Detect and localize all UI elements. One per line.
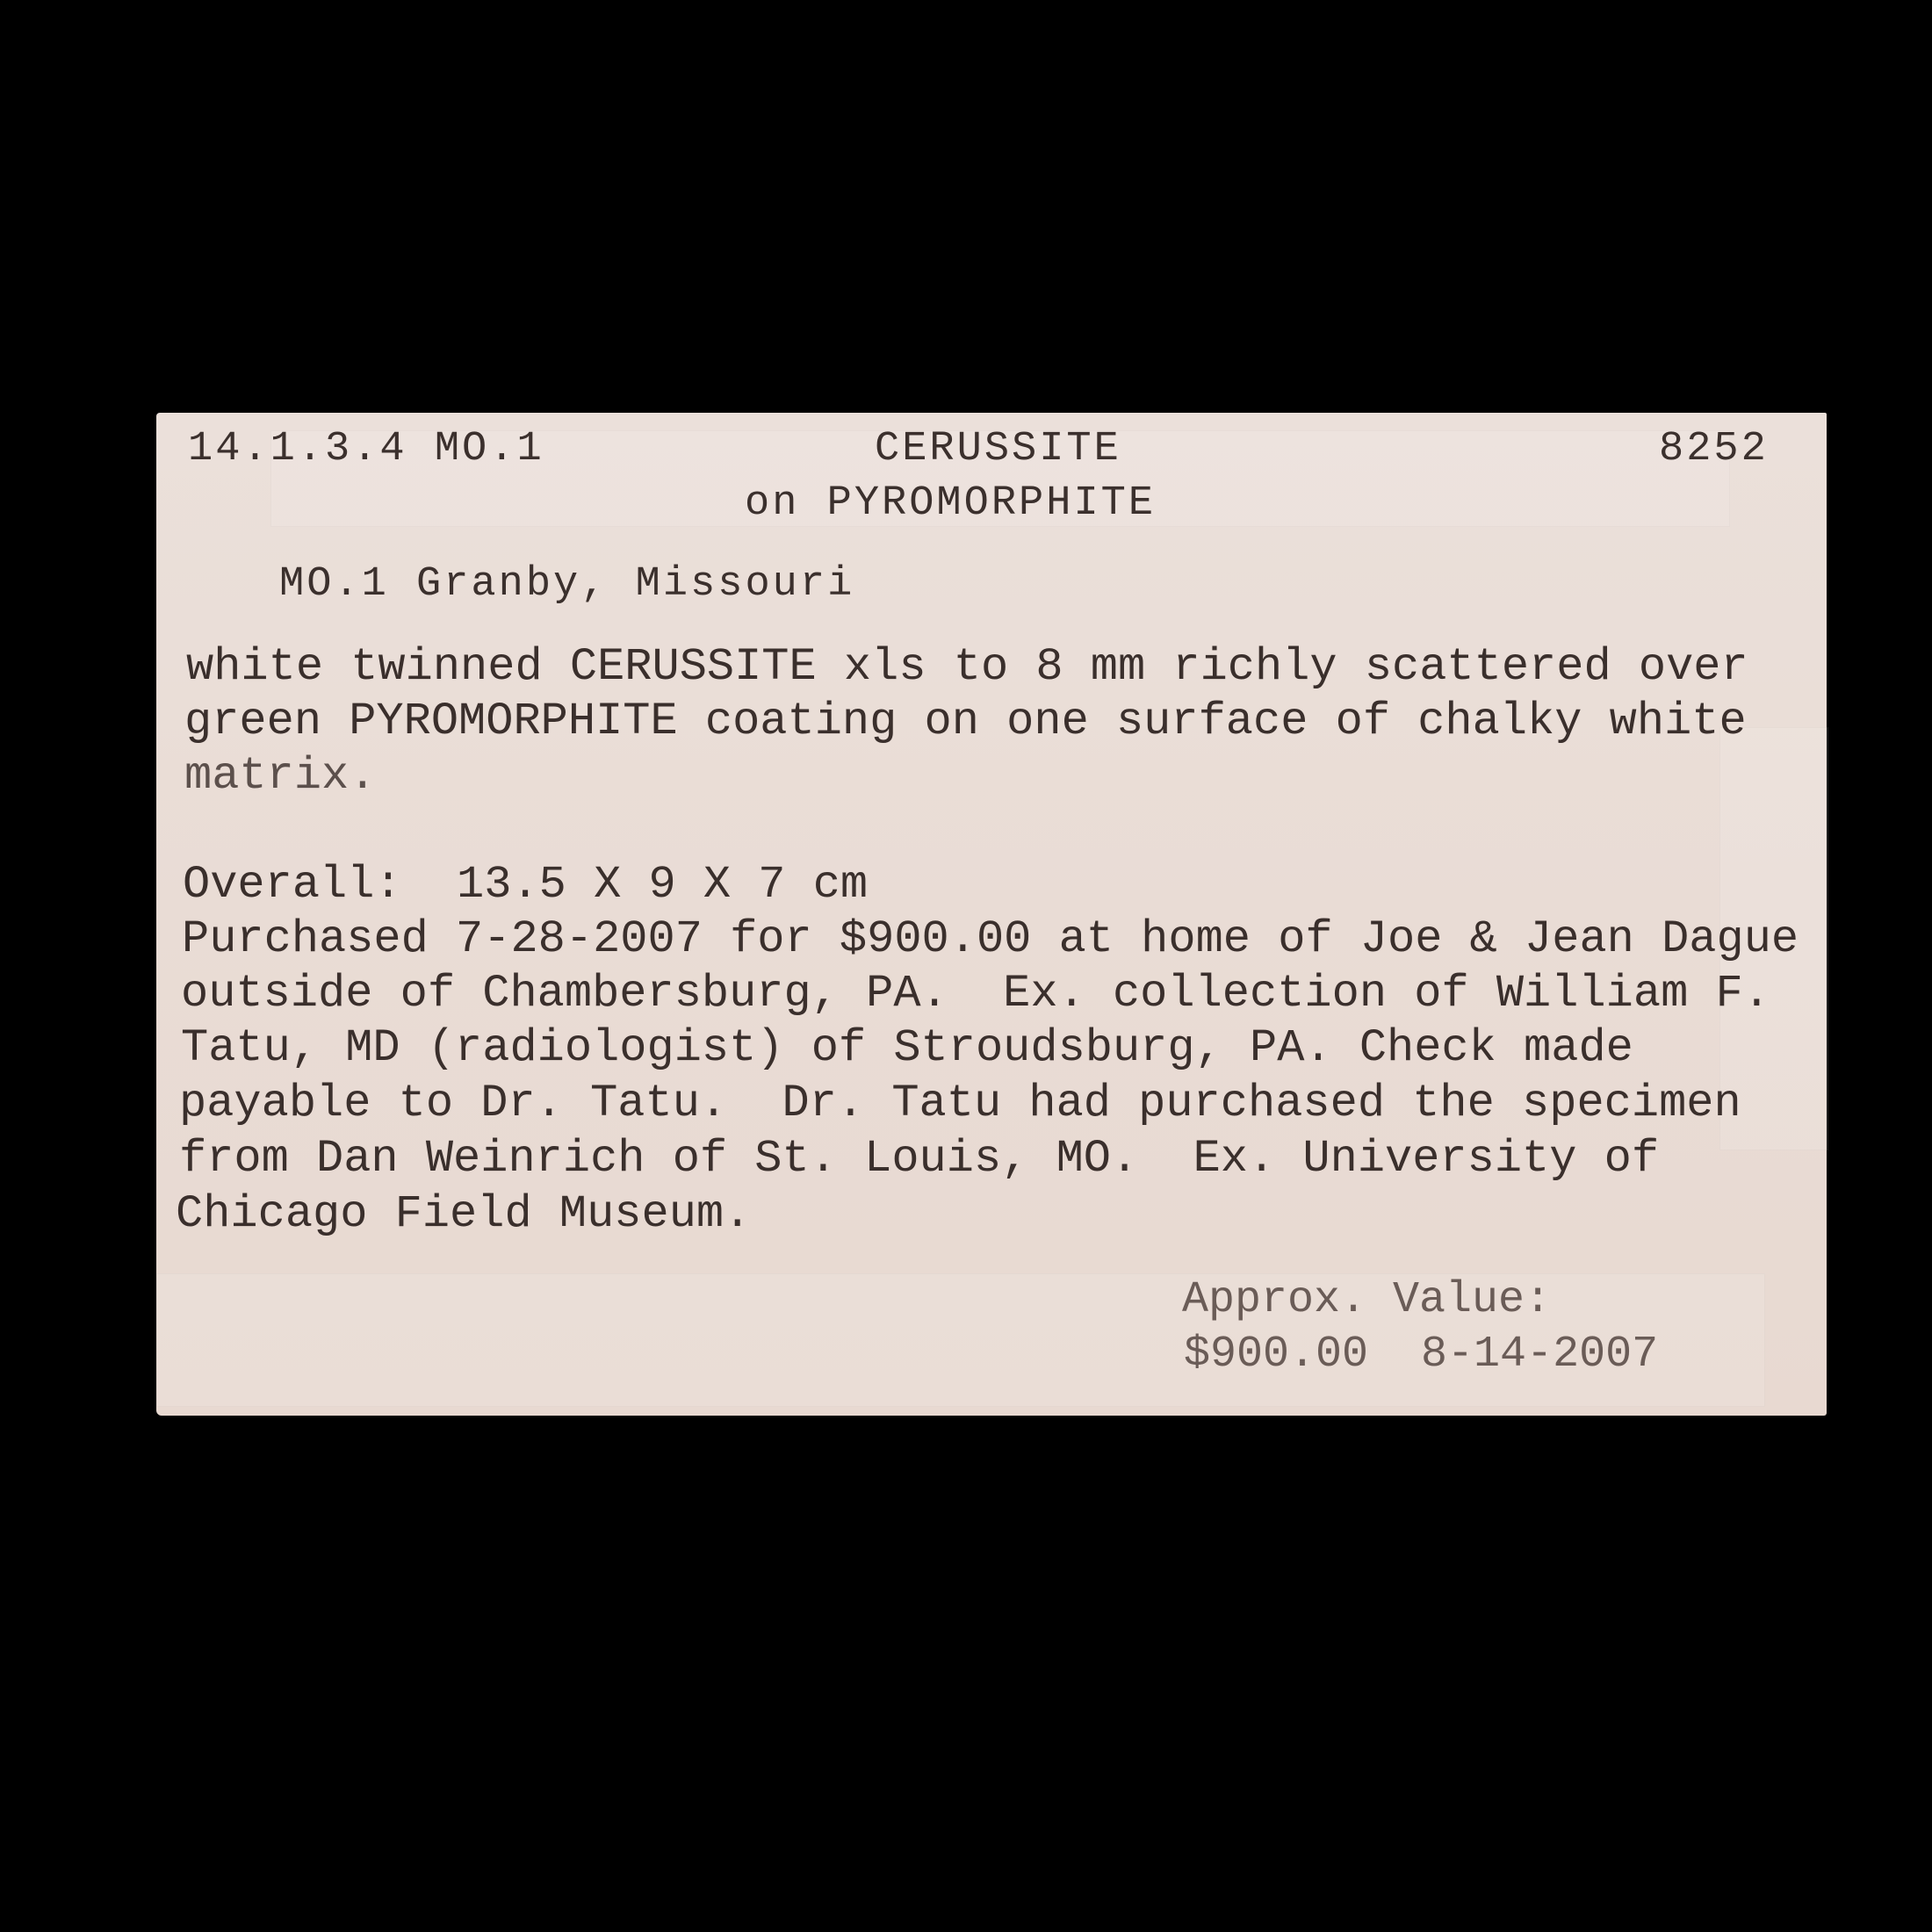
classification-code: 14.1.3.4 MO.1 (188, 429, 544, 470)
description-line: matrix. (184, 753, 376, 799)
provenance-line: from Dan Weinrich of St. Louis, MO. Ex. … (179, 1136, 1659, 1182)
associated-mineral: on PYROMORPHITE (745, 483, 1156, 524)
provenance-line: payable to Dr. Tatu. Dr. Tatu had purcha… (179, 1081, 1741, 1127)
provenance-line: Purchased 7-28-2007 for $900.00 at home … (182, 917, 1799, 962)
description-line: white twinned CERUSSITE xls to 8 mm rich… (186, 645, 1748, 690)
description-line: green PYROMORPHITE coating on one surfac… (184, 699, 1747, 745)
provenance-line: Tatu, MD (radiologist) of Stroudsburg, P… (181, 1026, 1633, 1071)
mineral-name: CERUSSITE (875, 429, 1121, 470)
dimensions: Overall: 13.5 X 9 X 7 cm (183, 862, 868, 908)
locality: MO.1 Granby, Missouri (279, 564, 854, 605)
approx-value-amount-date: $900.00 8-14-2007 (1184, 1333, 1658, 1377)
catalog-number: 8252 (1659, 429, 1769, 470)
provenance-line: outside of Chambersburg, PA. Ex. collect… (181, 971, 1770, 1017)
approx-value-label: Approx. Value: (1182, 1279, 1551, 1323)
provenance-line: Chicago Field Museum. (176, 1192, 751, 1237)
